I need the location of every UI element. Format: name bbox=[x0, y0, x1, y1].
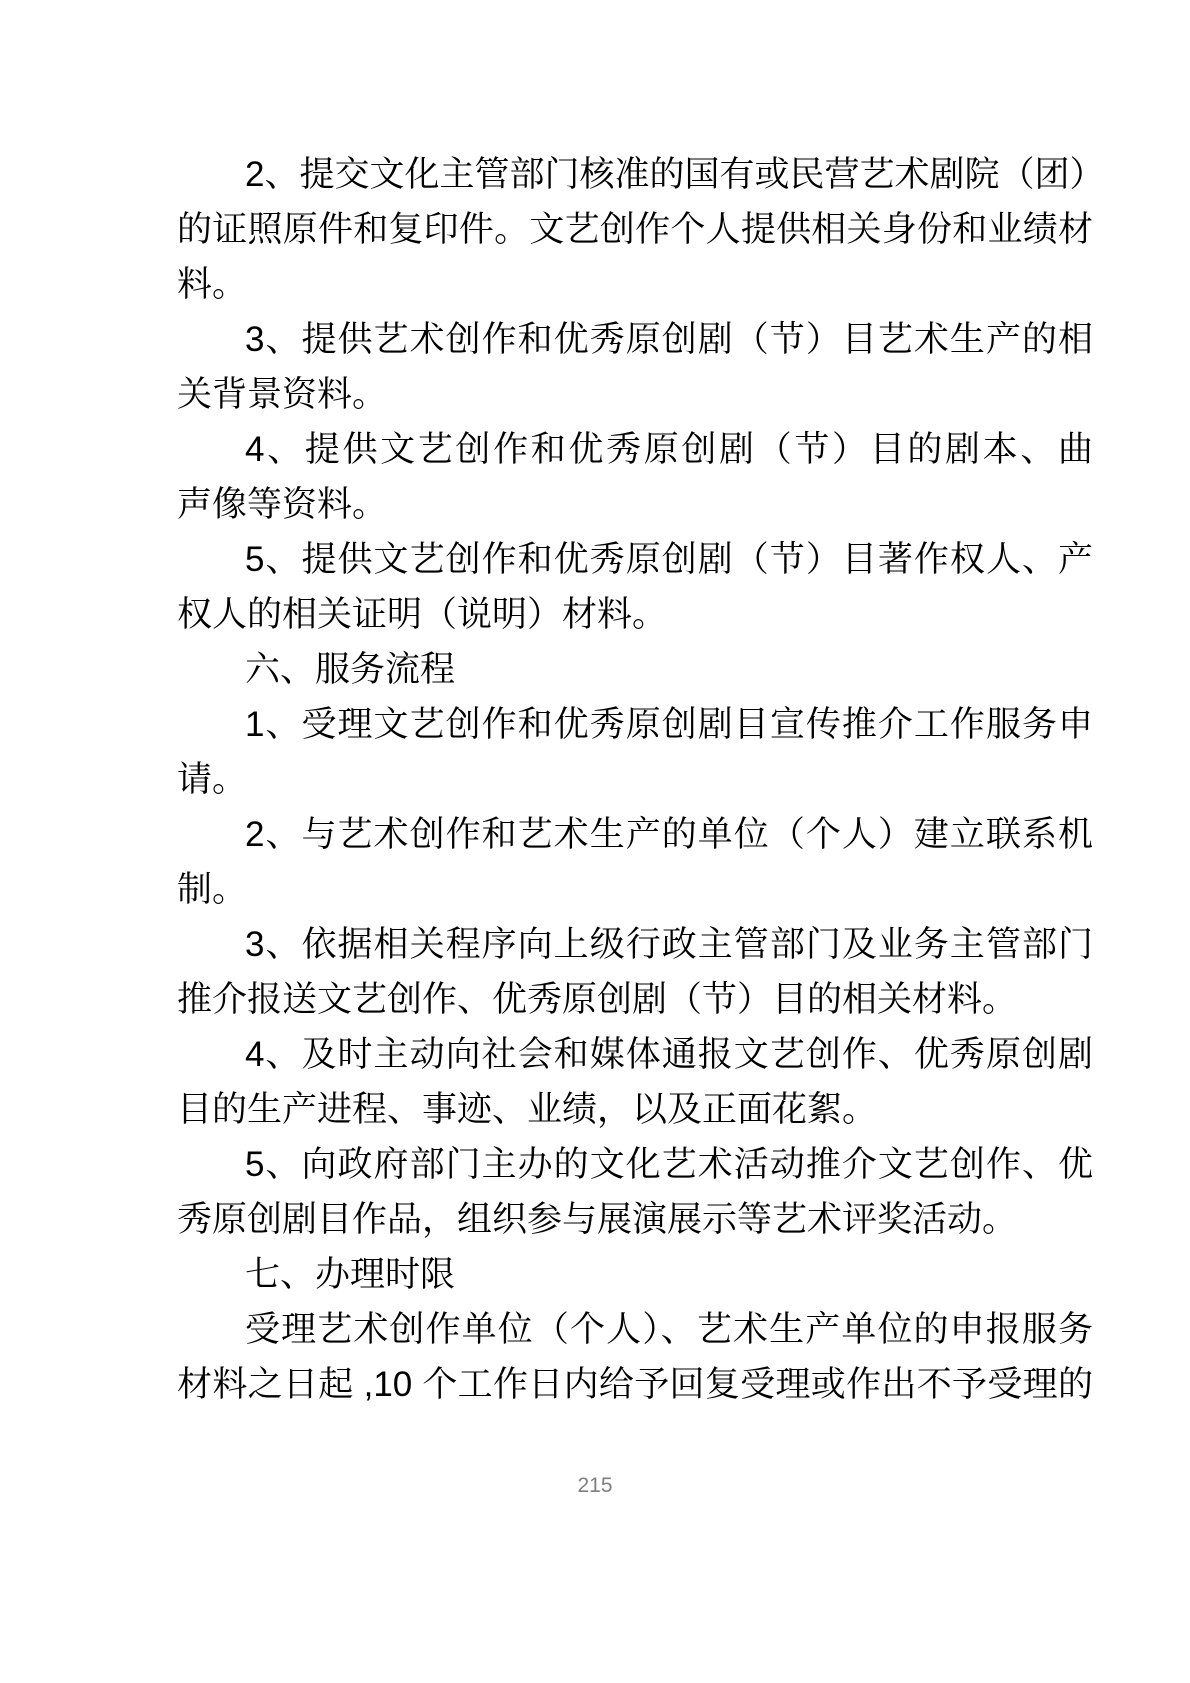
text-line: 料。 bbox=[177, 257, 1093, 312]
text-line: 七、办理时限 bbox=[177, 1247, 1093, 1302]
document-body: 2、提交文化主管部门核准的国有或民营艺术剧院（团）的证照原件和复印件。文艺创作个… bbox=[177, 147, 1093, 1412]
text-line: 声像等资料。 bbox=[177, 477, 1093, 532]
page-number: 215 bbox=[0, 1471, 1190, 1501]
text-line: 关背景资料。 bbox=[177, 367, 1093, 422]
text-line: 3、依据相关程序向上级行政主管部门及业务主管部门 bbox=[177, 917, 1093, 972]
text-line: 5、提供文艺创作和优秀原创剧（节）目著作权人、产 bbox=[177, 532, 1093, 587]
text-line: 请。 bbox=[177, 752, 1093, 807]
text-line: 2、与艺术创作和艺术生产的单位（个人）建立联系机 bbox=[177, 807, 1093, 862]
text-line: 制。 bbox=[177, 862, 1093, 917]
text-line: 权人的相关证明（说明）材料。 bbox=[177, 587, 1093, 642]
text-line: 4、及时主动向社会和媒体通报文艺创作、优秀原创剧 bbox=[177, 1027, 1093, 1082]
text-line: 4、提供文艺创作和优秀原创剧（节）目的剧本、曲谱、 bbox=[177, 422, 1093, 477]
text-line: 目的生产进程、事迹、业绩，以及正面花絮。 bbox=[177, 1082, 1093, 1137]
text-line: 5、向政府部门主办的文化艺术活动推介文艺创作、优 bbox=[177, 1137, 1093, 1192]
text-line: 1、受理文艺创作和优秀原创剧目宣传推介工作服务申 bbox=[177, 697, 1093, 752]
text-line: 的证照原件和复印件。文艺创作个人提供相关身份和业绩材 bbox=[177, 202, 1093, 257]
document-page: 2、提交文化主管部门核准的国有或民营艺术剧院（团）的证照原件和复印件。文艺创作个… bbox=[0, 0, 1190, 1683]
text-line: 六、服务流程 bbox=[177, 642, 1093, 697]
text-line: 材料之日起 ,10 个工作日内给予回复受理或作出不予受理的 bbox=[177, 1357, 1093, 1412]
text-line: 秀原创剧目作品，组织参与展演展示等艺术评奖活动。 bbox=[177, 1192, 1093, 1247]
text-line: 3、提供艺术创作和优秀原创剧（节）目艺术生产的相 bbox=[177, 312, 1093, 367]
text-line: 2、提交文化主管部门核准的国有或民营艺术剧院（团） bbox=[177, 147, 1093, 202]
text-line: 推介报送文艺创作、优秀原创剧（节）目的相关材料。 bbox=[177, 972, 1093, 1027]
text-line: 受理艺术创作单位（个人）、艺术生产单位的申报服务 bbox=[177, 1302, 1093, 1357]
